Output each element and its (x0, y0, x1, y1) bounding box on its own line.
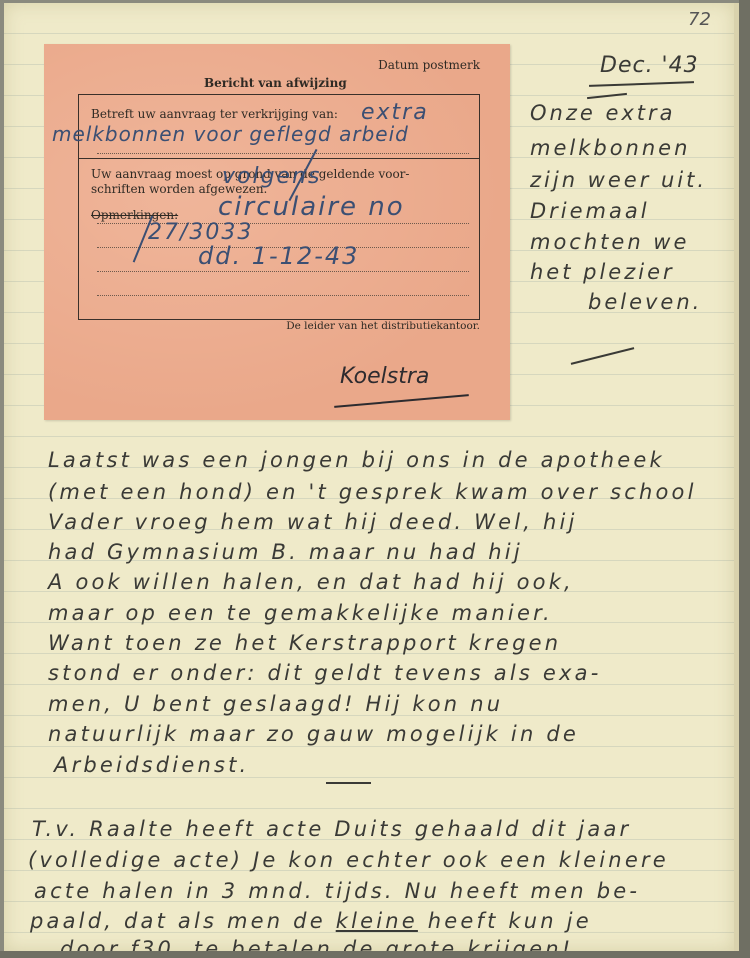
dotted-line (97, 271, 469, 272)
handwritten-request: melkbonnen voor geflegd arbeid (52, 122, 409, 146)
diary-line: (met een hond) en 't gesprek kwam over s… (48, 480, 697, 504)
side-note-line: het plezier (530, 260, 675, 284)
diary-line: acte halen in 3 mnd. tijds. Nu heeft men… (34, 879, 640, 903)
dotted-line (97, 153, 469, 154)
handwritten-reason: volgens (222, 164, 322, 189)
page-number: 72 (688, 9, 711, 30)
form-divider (79, 158, 479, 159)
dotted-line (97, 295, 469, 296)
request-label: Betreft uw aanvraag ter verkrijging van: (91, 107, 338, 121)
postmark-label: Datum postmerk (378, 58, 480, 72)
diary-line: men, U bent geslaagd! Hij kon nu (48, 692, 503, 716)
paragraph-divider (326, 782, 371, 784)
signature-underline (334, 394, 469, 408)
diary-line: Want toen ze het Kerstrapport kregen (48, 631, 561, 655)
date-heading: Dec. '43 (600, 53, 699, 78)
diary-line: A ook willen halen, en dat had hij ook, (48, 570, 574, 594)
diary-line: T.v. Raalte heeft acte Duits gehaald dit… (32, 817, 631, 841)
section-divider (571, 347, 635, 365)
diary-line: paald, dat als men de kleine heeft kun j… (30, 909, 592, 933)
handwritten-remarks: dd. 1-12-43 (198, 242, 359, 270)
signatory-label: De leider van het distributiekantoor. (286, 320, 480, 332)
underlined-word: kleine (336, 909, 418, 933)
book-binding (739, 0, 750, 958)
side-note-line: Onze extra (530, 101, 676, 125)
diary-line: had Gymnasium B. maar nu had hij (48, 540, 523, 564)
book-bottom-edge (0, 951, 750, 958)
diary-line: maar op een te gemakkelijke manier. (48, 601, 553, 625)
diary-line: (volledige acte) Je kon echter ook een k… (28, 848, 669, 872)
side-note-line: zijn weer uit. (530, 168, 707, 192)
side-note-line: mochten we (530, 230, 689, 254)
date-divider (587, 93, 627, 99)
date-underline (589, 81, 694, 87)
text: heeft kun je (418, 909, 592, 933)
diary-line: Laatst was een jongen bij ons in de apot… (48, 448, 665, 472)
text: paald, dat als men de (30, 909, 336, 933)
diary-line: Arbeidsdienst. (54, 753, 249, 777)
diary-line: Vader vroeg hem wat hij deed. Wel, hij (48, 510, 578, 534)
rejection-card: Datum postmerk Bericht van afwijzing Bet… (44, 44, 510, 420)
handwritten-remarks: circulaire no (218, 192, 405, 222)
side-note-line: melkbonnen (530, 136, 690, 160)
diary-line: natuurlijk maar zo gauw mogelijk in de (48, 722, 579, 746)
diary-line: stond er onder: dit geldt tevens als exa… (48, 661, 602, 685)
signature: Koelstra (340, 364, 429, 389)
side-note-line: Driemaal (530, 199, 650, 223)
card-title: Bericht van afwijzing (204, 76, 347, 90)
side-note-line: beleven. (588, 290, 702, 314)
